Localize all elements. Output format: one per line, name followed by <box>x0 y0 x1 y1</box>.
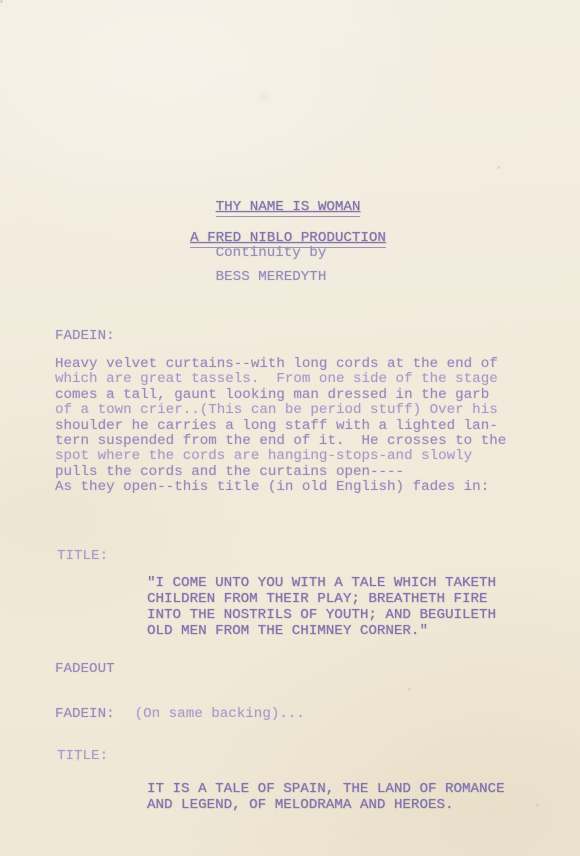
title-card-line: OLD MEN FROM THE CHIMNEY CORNER." <box>147 623 496 639</box>
action-line: shoulder he carries a long staff with a … <box>55 419 506 434</box>
title-card-line: INTO THE NOSTRILS OF YOUTH; AND BEGUILET… <box>147 607 496 623</box>
title-card-line: CHILDREN FROM THEIR PLAY; BREATHETH FIRE <box>147 591 496 607</box>
fadein-label: FADEIN: <box>55 329 115 345</box>
fadeout-label: FADEOUT <box>55 662 115 678</box>
title2-card-line: AND LEGEND, OF MELODRAMA AND HEROES. <box>147 797 505 813</box>
action-description: Heavy velvet curtains--with long cords a… <box>55 357 506 496</box>
title-card-line: "I COME UNTO YOU WITH A TALE WHICH TAKET… <box>147 575 496 591</box>
action-line: of a town crier..(This can be period stu… <box>55 403 506 418</box>
action-line: spot where the cords are hanging-stops-a… <box>55 449 506 464</box>
title-card-text: "I COME UNTO YOU WITH A TALE WHICH TAKET… <box>147 575 496 639</box>
continuity-script-page: THY NAME IS WOMAN A FRED NIBLO PRODUCTIO… <box>0 0 580 856</box>
fadein2-label: FADEIN: <box>55 706 115 722</box>
title2-label: TITLE: <box>57 749 108 765</box>
action-line: pulls the cords and the curtains open---… <box>55 465 506 480</box>
continuity-label: Continuity by <box>0 245 542 261</box>
author-name: BESS MEREDYTH <box>0 269 542 285</box>
title2-card-line: IT IS A TALE OF SPAIN, THE LAND OF ROMAN… <box>147 781 505 797</box>
fadein2-note: (On same backing)... <box>135 706 305 722</box>
action-line: As they open--this title (in old English… <box>55 480 506 495</box>
fadein2-line: FADEIN:(On same backing)... <box>55 707 305 723</box>
title2-card-text: IT IS A TALE OF SPAIN, THE LAND OF ROMAN… <box>147 781 505 813</box>
title-label: TITLE: <box>57 549 108 565</box>
action-line: which are great tassels. From one side o… <box>55 372 506 387</box>
action-line: comes a tall, gaunt looking man dressed … <box>55 388 506 403</box>
